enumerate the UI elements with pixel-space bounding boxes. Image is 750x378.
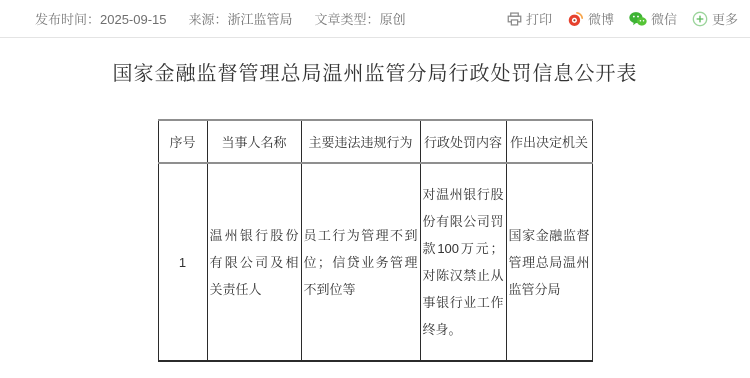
page-title: 国家金融监督管理总局温州监管分局行政处罚信息公开表: [0, 57, 750, 86]
print-button[interactable]: 打印: [507, 9, 552, 28]
publish-time: 发布时间：2025-09-15: [35, 9, 167, 28]
wechat-label: 微信: [651, 9, 677, 28]
header-seq: 序号: [158, 120, 207, 163]
meta-bar: 发布时间：2025-09-15 来源：浙江监管局 文章类型：原创 打印: [0, 0, 750, 38]
source: 来源：浙江监管局: [189, 9, 293, 28]
weibo-share-button[interactable]: 微博: [567, 9, 614, 28]
more-label: 更多: [712, 9, 738, 28]
cell-authority: 国家金融监督管理总局温州监管分局: [506, 163, 592, 361]
header-penalty: 行政处罚内容: [420, 120, 506, 163]
printer-icon: [507, 12, 522, 26]
print-label: 打印: [526, 9, 552, 28]
article-type-label: 文章类型：: [315, 12, 380, 27]
article-type-value: 原创: [380, 12, 406, 27]
source-label: 来源：: [189, 12, 228, 27]
share-actions: 打印 微博: [507, 9, 738, 28]
weibo-label: 微博: [588, 9, 614, 28]
table-row: 1 温州银行股份有限公司及相关责任人 员工行为管理不到位；信贷业务管理不到位等 …: [158, 163, 592, 361]
meta-info: 发布时间：2025-09-15 来源：浙江监管局 文章类型：原创: [35, 9, 406, 28]
wechat-share-button[interactable]: 微信: [629, 9, 677, 28]
article-type: 文章类型：原创: [315, 9, 406, 28]
cell-seq: 1: [158, 163, 207, 361]
publish-time-label: 发布时间：: [35, 12, 100, 27]
header-violation: 主要违法违规行为: [301, 120, 420, 163]
penalty-table: 序号 当事人名称 主要违法违规行为 行政处罚内容 作出决定机关 1 温州银行股份…: [158, 119, 593, 362]
header-party: 当事人名称: [207, 120, 301, 163]
weibo-icon: [567, 10, 584, 27]
source-value: 浙江监管局: [228, 12, 293, 27]
table-header-row: 序号 当事人名称 主要违法违规行为 行政处罚内容 作出决定机关: [158, 120, 592, 163]
cell-penalty: 对温州银行股份有限公司罚款100万元；对陈汉禁止从事银行业工作终身。: [420, 163, 506, 361]
page: 发布时间：2025-09-15 来源：浙江监管局 文章类型：原创 打印: [0, 0, 750, 378]
publish-time-value: 2025-09-15: [100, 12, 167, 27]
wechat-icon: [629, 11, 647, 27]
plus-circle-icon: [692, 11, 708, 27]
more-share-button[interactable]: 更多: [692, 9, 738, 28]
cell-party: 温州银行股份有限公司及相关责任人: [207, 163, 301, 361]
header-authority: 作出决定机关: [506, 120, 592, 163]
cell-violation: 员工行为管理不到位；信贷业务管理不到位等: [301, 163, 420, 361]
